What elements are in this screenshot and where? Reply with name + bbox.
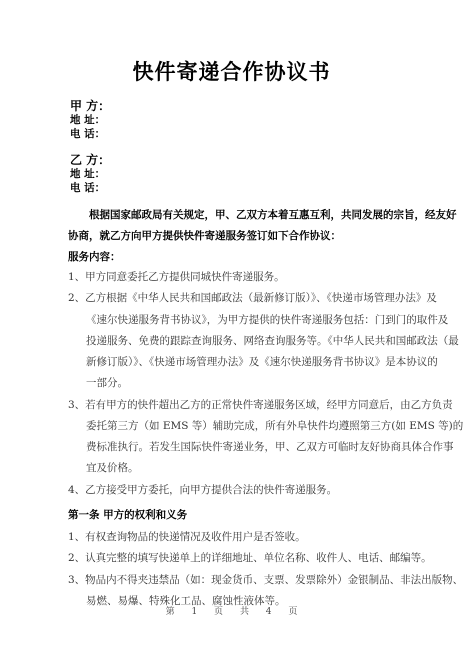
preamble-line: 协商，就乙方向甲方提供快件寄递服务签订如下合作协议： bbox=[68, 229, 341, 243]
document-title: 快件寄递合作协议书 bbox=[0, 56, 463, 86]
page-footer: 第 1 页 共 4 页 bbox=[0, 604, 463, 617]
party-b-phone-label: 电 话： bbox=[70, 182, 110, 196]
service-item-3-cont: 委托第三方（如 EMS 等）辅助完成，所有外阜快件均遵照第三方(如 EMS 等)… bbox=[86, 419, 463, 433]
party-b-name-label: 乙 方： bbox=[70, 153, 110, 168]
article1-item-2: 2、认真完整的填写快递单上的详细地址、单位名称、收件人、电话、邮编等。 bbox=[68, 551, 432, 565]
service-item-3: 3、若有甲方的快件超出乙方的正常快件寄递服务区域，经甲方同意后，由乙方负责 bbox=[68, 398, 453, 412]
service-item-1: 1、甲方同意委托乙方提供同城快件寄递服务。 bbox=[68, 270, 285, 284]
article1-heading: 第一条 甲方的权利和义务 bbox=[68, 508, 187, 522]
service-item-2: 2、乙方根据《中华人民共和国邮政法（最新修订版）》、《快递市场管理办法》及 bbox=[68, 291, 437, 305]
party-a-address-label: 地 址： bbox=[70, 114, 110, 128]
service-item-4: 4、乙方接受甲方委托，向甲方提供合法的快件寄递服务。 bbox=[68, 483, 337, 497]
party-a-name-label: 甲 方： bbox=[70, 99, 110, 114]
article1-item-1: 1、有权查询物品的快递情况及收件用户是否签收。 bbox=[68, 530, 306, 544]
service-item-3-cont: 宜及价格。 bbox=[86, 461, 139, 475]
preamble-line: 根据国家邮政局有关规定，甲、乙双方本着互惠互利，共同发展的宗旨，经友好 bbox=[89, 208, 457, 222]
service-item-2-cont: 一部分。 bbox=[86, 376, 128, 390]
service-item-2-cont: 投递服务、免费的跟踪查询服务、网络查询服务等。《中华人民共和国邮政法（最 bbox=[86, 334, 459, 348]
service-item-2-cont: 新修订版）》、《快递市场管理办法》及《速尔快递服务背书协议》是本协议的 bbox=[86, 355, 438, 369]
service-item-3-cont: 费标准执行。若发生国际快件寄递业务，甲、乙双方可临时友好协商具体合作事 bbox=[86, 440, 454, 454]
article1-item-3: 3、物品内不得夹违禁品（如：现金货币、支票、发票除外）金银制品、非法出版物、 bbox=[68, 573, 463, 587]
page-total: 共 4 页 bbox=[240, 607, 297, 617]
service-item-2-cont: 《速尔快递服务背书协议》，为甲方提供的快件寄递服务包括：门到门的取件及 bbox=[86, 313, 448, 327]
party-b-address-label: 地 址： bbox=[70, 168, 110, 182]
services-heading: 服务内容： bbox=[68, 250, 121, 264]
party-b-block: 乙 方： 地 址： 电 话： bbox=[70, 153, 110, 195]
party-a-block: 甲 方： 地 址： 电 话： bbox=[70, 99, 110, 141]
party-a-phone-label: 电 话： bbox=[70, 128, 110, 142]
page-number: 第 1 页 bbox=[166, 607, 223, 617]
